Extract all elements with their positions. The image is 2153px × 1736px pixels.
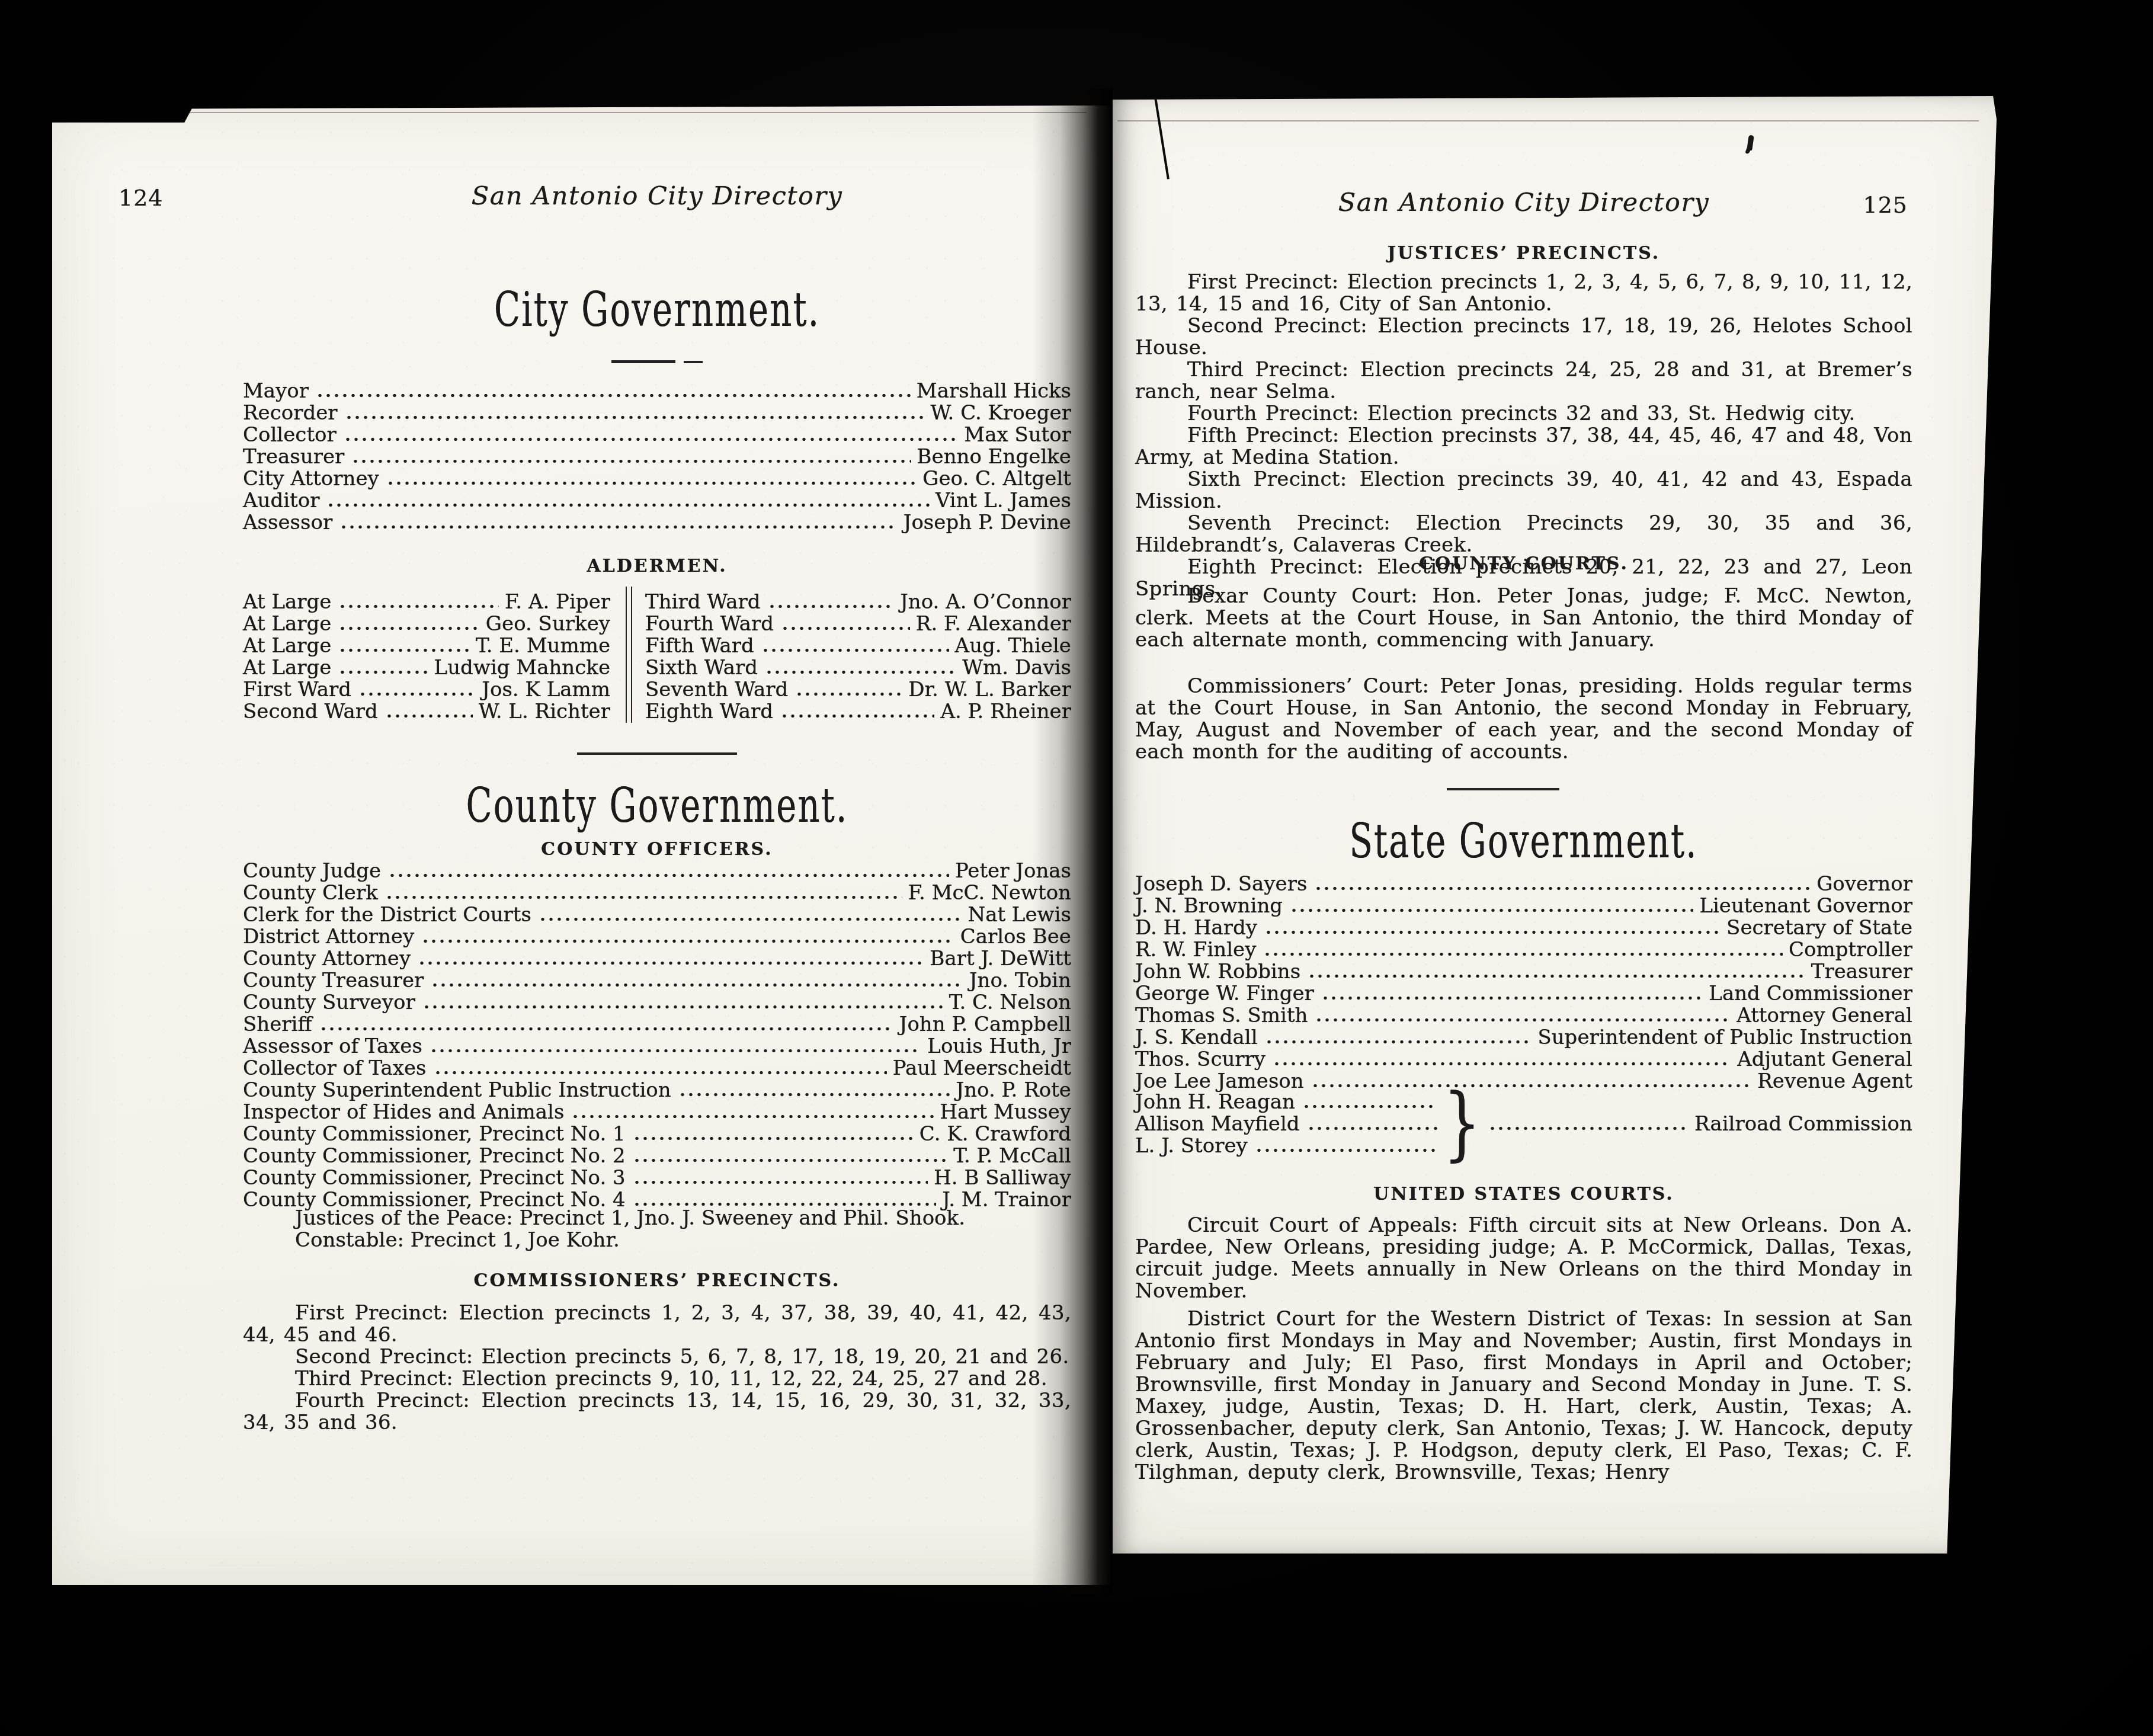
county-courts-paragraphs: Bexar County Court: Hon. Peter Jonas, ju… (1135, 585, 1912, 763)
aldermen-right-column: Third Ward Jno. A. O’Connor Fourth Ward … (645, 590, 1071, 722)
dot-leader (1263, 930, 1721, 934)
dot-leader (632, 1202, 937, 1206)
paragraph: Sixth Precinct: Election precincts 39, 4… (1135, 469, 1912, 513)
divider-rule (243, 360, 1071, 363)
aldermen-table: At Large F. A. Piper At Large Geo. Surke… (243, 590, 1071, 722)
office-title: Attorney General (1737, 1004, 1912, 1027)
official-name: Joseph P. Devine (904, 511, 1071, 534)
paragraph: Third Precinct: Election precincts 24, 2… (1135, 359, 1912, 403)
dot-leader (432, 1071, 887, 1075)
running-title: San Antonio City Directory (243, 181, 1071, 211)
dot-leader (1289, 908, 1693, 912)
paragraph: Fourth Precinct: Election precincts 32 a… (1135, 403, 1912, 425)
office-title: Railroad Commission (1694, 1112, 1912, 1136)
paragraph: Fifth Precinct: Election precinsts 37, 3… (1135, 425, 1912, 469)
leader-row: Assessor of Taxes Louis Huth, Jr (243, 1034, 1071, 1056)
commissioners-precincts-paragraphs: First Precinct: Election precincts 1, 2,… (243, 1302, 1071, 1434)
us-courts-paragraphs: Circuit Court of Appeals: Fifth circuit … (1135, 1215, 1912, 1484)
leader-row: Fifth Ward Aug. Thiele (645, 634, 1071, 656)
leader-row: Clerk for the District Courts Nat Lewis (243, 903, 1071, 925)
section-heading-aldermen: ALDERMEN. (243, 556, 1071, 576)
dot-leader (315, 393, 911, 398)
paragraph: Third Precinct: Election precincts 9, 10… (243, 1368, 1071, 1390)
dot-leader (1487, 1126, 1689, 1130)
section-heading-county-government: County Government. (243, 782, 1071, 829)
ward-title: Sixth Ward (645, 656, 758, 680)
ward-title: Fifth Ward (645, 634, 754, 658)
section-heading-justices-precincts: JUSTICES’ PRECINCTS. (1135, 243, 1912, 264)
section-heading-county-officers: COUNTY OFFICERS. (243, 839, 1071, 860)
dot-leader (344, 415, 925, 419)
leader-row: Eighth Ward A. P. Rheiner (645, 700, 1071, 722)
leader-row: J. S. Kendall Superintendent of Public I… (1135, 1026, 1912, 1048)
county-officers-list: County Judge Peter Jonas County Clerk F.… (243, 859, 1071, 1210)
leader-row: County Judge Peter Jonas (243, 859, 1071, 881)
office-title: Land Commissioner (1709, 982, 1912, 1005)
ward-title: Seventh Ward (645, 678, 788, 702)
city-officials-list: Mayor Marshall Hicks Recorder W. C. Kroe… (243, 379, 1071, 533)
official-title: Treasurer (243, 445, 344, 469)
dot-leader (779, 714, 934, 718)
ward-title: Eighth Ward (645, 700, 773, 723)
dot-leader (1313, 1018, 1731, 1022)
dot-leader (1254, 1148, 1437, 1152)
dot-leader (1310, 1084, 1751, 1088)
dot-leader (780, 626, 910, 630)
official-name: John P. Campbell (899, 1013, 1071, 1036)
leader-row: Fourth Ward R. F. Alexander (645, 612, 1071, 634)
official-title: Recorder (243, 401, 338, 425)
ward-title: At Large (243, 612, 331, 636)
leader-row: Assessor Joseph P. Devine (243, 511, 1071, 533)
dot-leader (1313, 886, 1811, 891)
railroad-leader: Railroad Commission (1481, 1090, 1912, 1156)
official-name: H. B Salliway (934, 1166, 1071, 1190)
official-title: Collector (243, 423, 337, 447)
official-name: F. McC. Newton (908, 881, 1071, 905)
official-name: T. P. McCall (953, 1144, 1071, 1168)
alderman-name: Wm. Davis (962, 656, 1071, 680)
official-title: County Attorney (243, 947, 411, 971)
leader-row: Second Ward W. L. Richter (243, 700, 610, 722)
commissioner-name: Allison Mayfield (1135, 1112, 1300, 1136)
paragraph: First Precinct: Election precincts 1, 2,… (1135, 271, 1912, 315)
leader-row: County Treasurer Jno. Tobin (243, 969, 1071, 991)
scanned-book-spread: { "meta": { "background_color": "#000000… (0, 0, 2153, 1736)
paragraph: Second Precinct: Election precincts 5, 6… (243, 1346, 1071, 1368)
ward-title: Fourth Ward (645, 612, 774, 636)
dot-leader (1271, 1062, 1731, 1066)
paragraph: First Precinct: Election precincts 1, 2,… (243, 1302, 1071, 1346)
ward-title: At Large (243, 634, 331, 658)
page-edge-line (1117, 120, 1979, 121)
leader-row: Joe Lee Jameson Revenue Agent (1135, 1069, 1912, 1091)
railroad-commission-group: John H. Reagan Allison Mayfield L. J. St… (1135, 1090, 1912, 1156)
official-title: County Clerk (243, 881, 378, 905)
official-name: J. N. Browning (1135, 894, 1283, 918)
official-title: Inspector of Hides and Animals (243, 1100, 564, 1124)
office-title: Governor (1816, 872, 1912, 896)
leader-row: County Attorney Bart J. DeWitt (243, 947, 1071, 969)
official-name: Hart Mussey (940, 1100, 1071, 1124)
paragraph: Commissioners’ Court: Peter Jonas, presi… (1135, 675, 1912, 763)
dot-leader (632, 1136, 914, 1141)
leader-row: County Commissioner, Precinct No. 1 C. K… (243, 1122, 1071, 1144)
official-name: Paul Meerscheidt (893, 1056, 1071, 1080)
paragraph: Fourth Precinct: Election precincts 13, … (243, 1390, 1071, 1434)
official-title: Assessor (243, 511, 332, 534)
commissioner-name: John H. Reagan (1135, 1090, 1295, 1114)
running-title: San Antonio City Directory (1135, 188, 1912, 217)
dot-leader (1264, 1040, 1532, 1044)
office-title: Adjutant General (1737, 1048, 1912, 1071)
dot-leader (430, 983, 963, 987)
office-title: Comptroller (1789, 938, 1912, 962)
official-name: Louis Huth, Jr (927, 1034, 1071, 1058)
constable-line: Constable: Precinct 1, Joe Kohr. (243, 1229, 1123, 1251)
alderman-name: F. A. Piper (505, 590, 610, 614)
paragraph: Seventh Precinct: Election Precincts 29,… (1135, 513, 1912, 556)
ward-title: At Large (243, 590, 331, 614)
official-name: Benno Engelke (917, 445, 1071, 469)
leader-row: County Surveyor T. C. Nelson (243, 991, 1071, 1013)
paragraph: Bexar County Court: Hon. Peter Jonas, ju… (1135, 585, 1912, 651)
dot-leader (342, 437, 959, 441)
alderman-name: A. P. Rheiner (940, 700, 1071, 723)
leader-row: Sheriff John P. Campbell (243, 1013, 1071, 1034)
leader-row: Sixth Ward Wm. Davis (645, 656, 1071, 678)
office-title: Lieutenant Governor (1699, 894, 1912, 918)
dot-leader (357, 692, 476, 696)
official-name: Peter Jonas (955, 859, 1071, 883)
dot-leader (416, 961, 924, 965)
official-name: C. K. Crawford (919, 1122, 1071, 1146)
dot-leader (677, 1093, 950, 1097)
leader-row: Mayor Marshall Hicks (243, 379, 1071, 401)
leader-row: At Large Ludwig Mahncke (243, 656, 610, 678)
official-title: County Commissioner, Precinct No. 3 (243, 1166, 626, 1190)
leader-row: Inspector of Hides and Animals Hart Muss… (243, 1100, 1071, 1122)
paragraph: District Court for the Western District … (1135, 1308, 1912, 1484)
dot-leader (1320, 996, 1703, 1000)
official-title: City Attorney (243, 467, 379, 491)
official-name: Jno. P. Rote (956, 1078, 1071, 1102)
official-name: Jno. Tobin (969, 969, 1071, 992)
leader-row: John H. Reagan (1135, 1090, 1443, 1112)
official-name: Vint L. James (935, 489, 1071, 513)
leader-row: District Attorney Carlos Bee (243, 925, 1071, 947)
alderman-name: Jno. A. O’Connor (900, 590, 1071, 614)
dot-leader (767, 604, 895, 608)
alderman-name: W. L. Richter (479, 700, 610, 723)
official-name: Marshall Hicks (917, 379, 1071, 403)
official-name: Carlos Bee (960, 925, 1071, 949)
official-name: Max Sutor (964, 423, 1071, 447)
leader-row: Treasurer Benno Engelke (243, 445, 1071, 467)
dot-leader (1306, 974, 1805, 978)
alderman-name: Jos. K Lamm (482, 678, 610, 702)
alderman-name: Ludwig Mahncke (434, 656, 610, 680)
leader-row: John W. Robbins Treasurer (1135, 960, 1912, 982)
dot-leader (537, 917, 962, 921)
leader-row: Thos. Scurry Adjutant General (1135, 1048, 1912, 1069)
official-name: D. H. Hardy (1135, 916, 1257, 940)
official-title: County Commissioner, Precinct No. 1 (243, 1122, 626, 1146)
official-name: Thomas S. Smith (1135, 1004, 1308, 1027)
column-divider-rule (626, 587, 632, 723)
dot-leader (337, 670, 428, 674)
dot-leader (421, 1005, 943, 1009)
leader-row: Joseph D. Sayers Governor (1135, 872, 1912, 894)
dot-leader (384, 895, 902, 899)
official-name: W. C. Kroeger (931, 401, 1071, 425)
dot-leader (384, 714, 473, 718)
dot-leader (632, 1180, 928, 1184)
leader-row: George W. Finger Land Commissioner (1135, 982, 1912, 1004)
leader-row: L. J. Storey (1135, 1134, 1443, 1156)
leader-row: R. W. Finley Comptroller (1135, 938, 1912, 960)
dot-leader (760, 648, 949, 652)
leader-row: At Large F. A. Piper (243, 590, 610, 612)
dot-leader (794, 692, 902, 696)
alderman-name: T. E. Mumme (476, 634, 610, 658)
leader-row: Allison Mayfield (1135, 1112, 1443, 1134)
official-title: Mayor (243, 379, 309, 403)
dot-leader (1262, 952, 1783, 956)
left-page: 124 San Antonio City Directory City Gove… (52, 105, 1110, 1585)
leader-row: Collector Max Sutor (243, 423, 1071, 445)
dot-leader (318, 1027, 893, 1031)
official-name: Joe Lee Jameson (1135, 1069, 1304, 1093)
leader-row: City Attorney Geo. C. Altgelt (243, 467, 1071, 489)
dot-leader (338, 525, 898, 529)
official-name: George W. Finger (1135, 982, 1314, 1005)
justices-of-peace-line: Justices of the Peace: Precinct 1, Jno. … (243, 1207, 1123, 1229)
leader-row: Auditor Vint L. James (243, 489, 1071, 511)
commissioner-name: L. J. Storey (1135, 1134, 1248, 1158)
paragraph: Circuit Court of Appeals: Fifth circuit … (1135, 1215, 1912, 1302)
alderman-name: Aug. Thiele (955, 634, 1071, 658)
page-number: 125 (1863, 192, 1908, 218)
leader-row: Thomas S. Smith Attorney General (1135, 1004, 1912, 1026)
leader-row: Seventh Ward Dr. W. L. Barker (645, 678, 1071, 700)
leader-row: At Large Geo. Surkey (243, 612, 610, 634)
railroad-commissioner-names: John H. Reagan Allison Mayfield L. J. St… (1135, 1090, 1443, 1156)
state-officials-list: Joseph D. Sayers Governor J. N. Browning… (1135, 872, 1912, 1091)
leader-row: J. N. Browning Lieutenant Governor (1135, 894, 1912, 916)
leader-row: Third Ward Jno. A. O’Connor (645, 590, 1071, 612)
dot-leader (325, 503, 929, 507)
official-name: J. S. Kendall (1135, 1026, 1258, 1049)
office-title: Revenue Agent (1757, 1069, 1912, 1093)
dot-leader (632, 1158, 948, 1162)
dot-leader (387, 873, 949, 877)
justices-precincts-paragraphs: First Precinct: Election precincts 1, 2,… (1135, 271, 1912, 600)
official-title: County Surveyor (243, 991, 415, 1014)
dot-leader (337, 626, 479, 630)
official-name: R. W. Finley (1135, 938, 1256, 962)
alderman-name: Geo. Surkey (486, 612, 610, 636)
dot-leader (420, 939, 954, 943)
dot-leader (350, 459, 911, 463)
alderman-name: Dr. W. L. Barker (908, 678, 1071, 702)
leader-row: County Clerk F. McC. Newton (243, 881, 1071, 903)
leader-row: Collector of Taxes Paul Meerscheidt (243, 1056, 1071, 1078)
office-title: Treasurer (1811, 960, 1912, 984)
ward-title: Second Ward (243, 700, 378, 723)
official-name: Geo. C. Altgelt (922, 467, 1071, 491)
alderman-name: R. F. Alexander (916, 612, 1071, 636)
dot-leader (1306, 1126, 1437, 1130)
dot-leader (428, 1049, 921, 1053)
official-name: John W. Robbins (1135, 960, 1300, 984)
official-name: Joseph D. Sayers (1135, 872, 1307, 896)
official-title: Clerk for the District Courts (243, 903, 531, 927)
dot-leader (385, 481, 917, 485)
dot-leader (337, 648, 470, 652)
leader-row: County Commissioner, Precinct No. 3 H. B… (243, 1166, 1071, 1188)
divider-rule (1447, 788, 1559, 790)
official-title: Collector of Taxes (243, 1056, 427, 1080)
leader-row: Recorder W. C. Kroeger (243, 401, 1071, 423)
official-name: Thos. Scurry (1135, 1048, 1265, 1071)
official-name: Bart J. DeWitt (930, 947, 1071, 971)
leader-row: At Large T. E. Mumme (243, 634, 610, 656)
official-title: County Treasurer (243, 969, 424, 992)
section-heading-state-government: State Government. (1135, 818, 1912, 865)
divider-rule (577, 752, 737, 755)
page-number: 124 (118, 185, 164, 211)
leader-row: County Commissioner, Precinct No. 2 T. P… (243, 1144, 1071, 1166)
official-name: Nat Lewis (967, 903, 1071, 927)
office-title: Superintendent of Public Instruction (1537, 1026, 1912, 1049)
page-edge-line (141, 112, 1087, 113)
section-heading-city-government: City Government. (243, 286, 1071, 334)
dot-leader (764, 670, 956, 674)
right-page: San Antonio City Directory 125 JUSTICES’… (1111, 96, 1997, 1554)
section-heading-county-courts: COUNTY COURTS. (1135, 553, 1912, 574)
section-heading-us-courts: UNITED STATES COURTS. (1135, 1184, 1912, 1205)
aldermen-left-column: At Large F. A. Piper At Large Geo. Surke… (243, 590, 610, 722)
leader-row: First Ward Jos. K Lamm (243, 678, 610, 700)
official-title: Sheriff (243, 1013, 312, 1036)
leader-row: Railroad Commission (1481, 1112, 1912, 1134)
official-title: County Judge (243, 859, 381, 883)
dot-leader (1301, 1104, 1437, 1109)
dot-leader (337, 604, 499, 608)
official-title: Assessor of Taxes (243, 1034, 422, 1058)
ward-title: Third Ward (645, 590, 761, 614)
official-title: County Superintendent Public Instruction (243, 1078, 671, 1102)
ward-title: First Ward (243, 678, 351, 702)
office-title: Secretary of State (1726, 916, 1912, 940)
official-title: Auditor (243, 489, 319, 513)
leader-row: County Superintendent Public Instruction… (243, 1078, 1071, 1100)
official-title: County Commissioner, Precinct No. 2 (243, 1144, 626, 1168)
leader-row: D. H. Hardy Secretary of State (1135, 916, 1912, 938)
paragraph: Second Precinct: Election precincts 17, … (1135, 315, 1912, 359)
dot-leader (570, 1114, 934, 1119)
ward-title: At Large (243, 656, 331, 680)
official-title: District Attorney (243, 925, 414, 949)
section-heading-commissioners-precincts: COMMISSIONERS’ PRECINCTS. (243, 1270, 1071, 1291)
official-name: T. C. Nelson (949, 991, 1071, 1014)
brace-glyph: } (1443, 1090, 1481, 1156)
